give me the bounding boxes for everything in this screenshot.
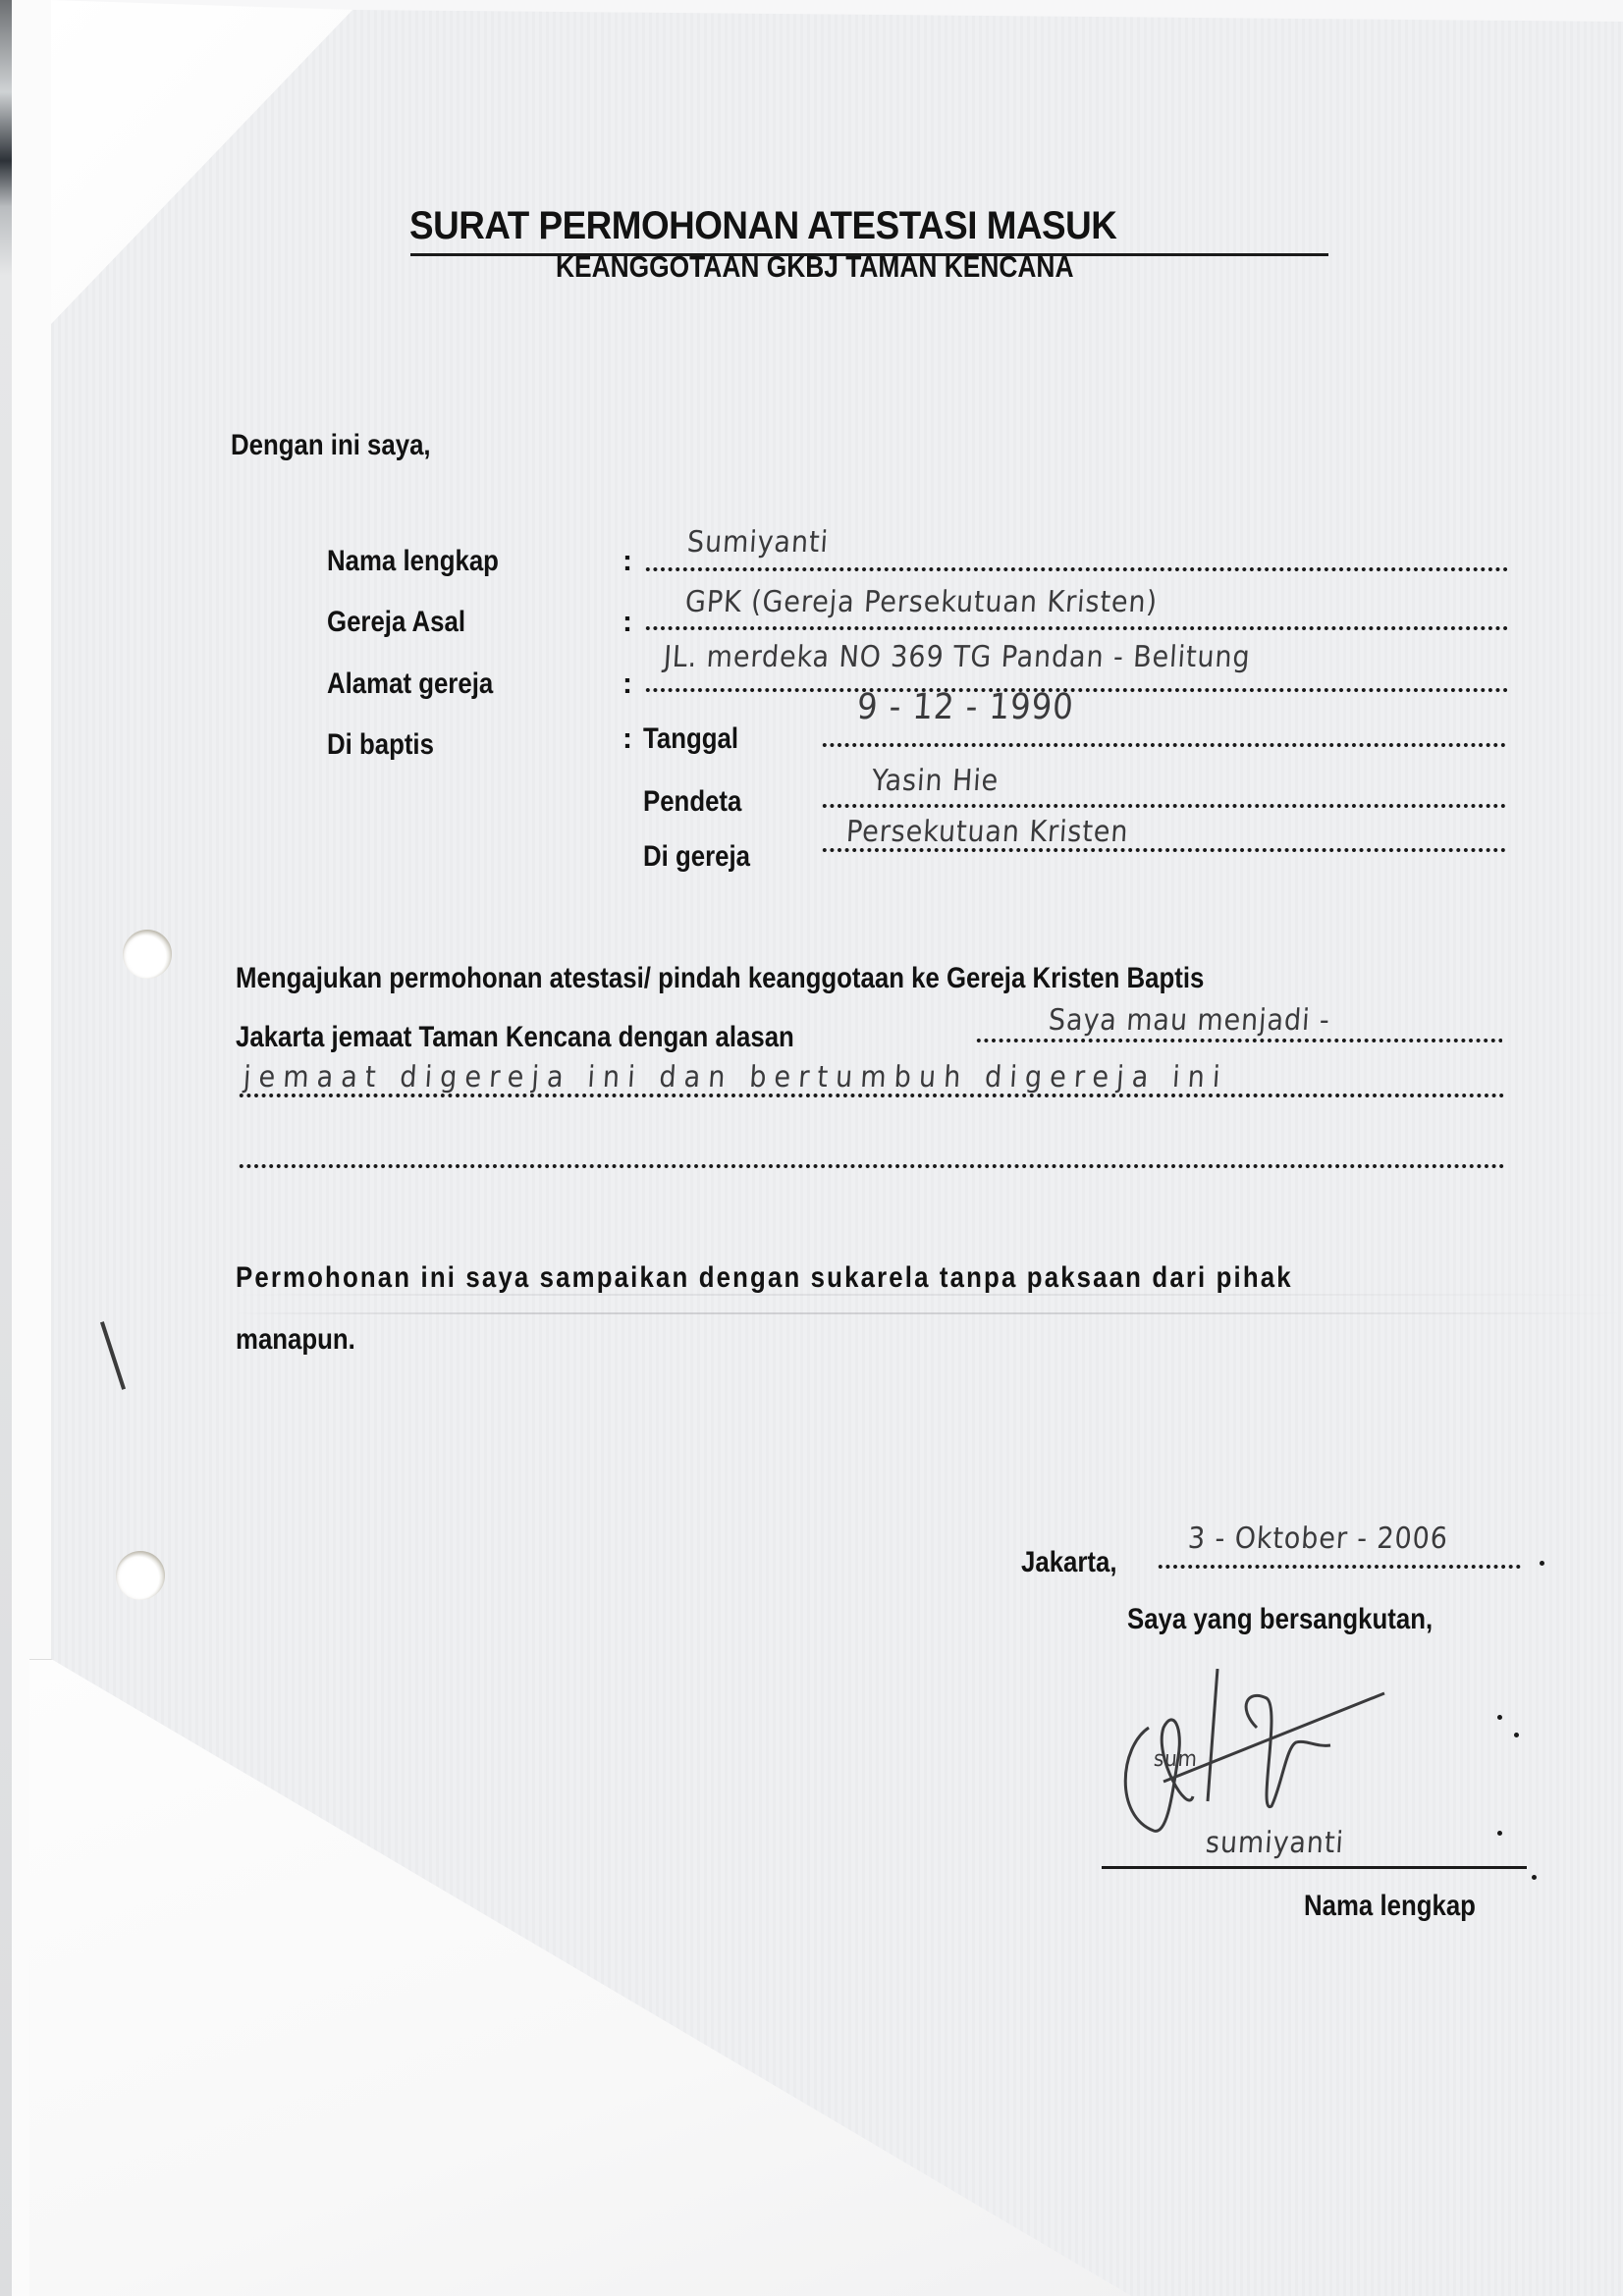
signatory-label: Saya yang bersangkutan, xyxy=(1127,1603,1433,1636)
signing-date: 3 - Oktober - 2006 xyxy=(1187,1522,1449,1556)
value-nama-lengkap: Sumiyanti xyxy=(686,525,830,560)
ink-speck xyxy=(1514,1733,1519,1737)
name-caption: Nama lengkap xyxy=(1304,1890,1476,1923)
signature-text: sum xyxy=(1153,1747,1198,1772)
value-di-gereja: Persekutuan Kristen xyxy=(845,815,1130,849)
label-di-gereja: Di gereja xyxy=(643,840,750,874)
signature-line xyxy=(1102,1866,1527,1869)
ink-speck xyxy=(1540,1561,1544,1566)
colon: : xyxy=(622,606,632,639)
signed-name: sumiyanti xyxy=(1205,1826,1345,1860)
label-gereja-asal: Gereja Asal xyxy=(327,606,465,639)
statement-line-2: manapun. xyxy=(236,1323,355,1357)
reason-line-1: Saya mau menjadi - xyxy=(1048,1003,1331,1038)
value-tanggal-baptis: 9 - 12 - 1990 xyxy=(856,687,1075,727)
attestation-form: SURAT PERMOHONAN ATESTASI MASUK KEANGGOT… xyxy=(0,0,1623,2296)
reason-line-2: jemaat digereja ini dan bertumbuh digere… xyxy=(243,1060,1229,1095)
label-pendeta: Pendeta xyxy=(643,785,741,819)
dotted-line xyxy=(821,742,1508,748)
label-nama-lengkap: Nama lengkap xyxy=(327,545,499,578)
opening-text: Dengan ini saya, xyxy=(231,429,431,462)
dotted-line xyxy=(1157,1564,1522,1570)
form-subtitle: KEANGGOTAAN GKBJ TAMAN KENCANA xyxy=(556,249,1073,285)
value-pendeta: Yasin Hie xyxy=(871,764,1000,798)
ink-speck xyxy=(1497,1831,1502,1836)
dotted-line xyxy=(821,803,1508,809)
colon: : xyxy=(622,667,632,701)
statement-line-1: Permohonan ini saya sampaikan dengan suk… xyxy=(236,1261,1293,1295)
ink-speck xyxy=(1497,1715,1502,1720)
form-title: SURAT PERMOHONAN ATESTASI MASUK xyxy=(409,204,1259,248)
place-label: Jakarta, xyxy=(1021,1546,1117,1579)
dotted-line xyxy=(238,1163,1504,1169)
colon: : xyxy=(622,722,632,756)
request-line-1: Mengajukan permohonan atestasi/ pindah k… xyxy=(236,962,1204,995)
value-gereja-asal: GPK (Gereja Persekutuan Kristen) xyxy=(684,585,1159,619)
label-tanggal: Tanggal xyxy=(643,722,738,756)
colon: : xyxy=(622,545,632,578)
ink-speck xyxy=(1532,1875,1537,1880)
dotted-line xyxy=(644,687,1508,693)
dotted-line xyxy=(644,625,1508,631)
value-alamat-gereja: JL. merdeka NO 369 TG Pandan - Belitung xyxy=(663,640,1252,674)
request-line-2: Jakarta jemaat Taman Kencana dengan alas… xyxy=(236,1021,794,1054)
label-di-baptis: Di baptis xyxy=(327,728,434,762)
dotted-line xyxy=(975,1038,1502,1043)
label-alamat-gereja: Alamat gereja xyxy=(327,667,493,701)
dotted-line xyxy=(644,566,1508,572)
